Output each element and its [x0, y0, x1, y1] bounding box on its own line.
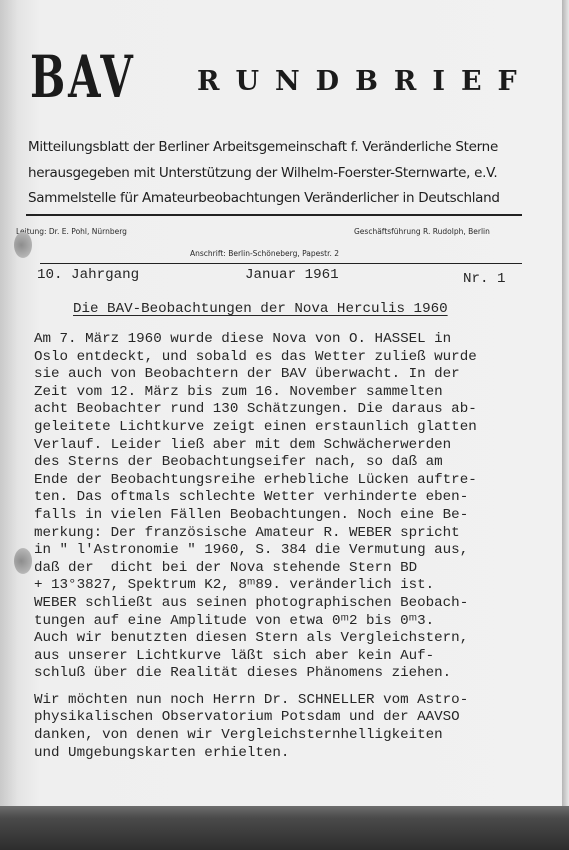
text-line: Verlauf. Leider ließ aber mit dem Schwäc…: [34, 437, 477, 455]
article-paragraph-1: Am 7. März 1960 wurde diese Nova von O. …: [34, 331, 477, 683]
article-body: Am 7. März 1960 wurde diese Nova von O. …: [34, 331, 477, 762]
text-line: WEBER schließt aus seinen photographisch…: [34, 595, 477, 613]
masthead-subline-3: Sammelstelle für Amateurbeobachtungen Ve…: [28, 190, 500, 206]
text-line: tungen auf eine Amplitude von etwa 0ᵐ2 b…: [34, 613, 477, 631]
article-paragraph-2: Wir möchten nun noch Herrn Dr. SCHNELLER…: [34, 692, 477, 762]
text-line: Auch wir benutzten diesen Stern als Verg…: [34, 630, 477, 648]
text-line: ten. Das oftmals schlechte Wetter verhin…: [34, 489, 477, 507]
text-line: merkung: Der französische Amateur R. WEB…: [34, 525, 477, 543]
text-line: physikalischen Observatorium Potsdam und…: [34, 709, 477, 727]
punch-hole: [14, 232, 32, 258]
text-line: sie auch von Beobachtern der BAV überwac…: [34, 366, 477, 384]
imprint-leitung: Leitung: Dr. E. Pohl, Nürnberg: [16, 227, 127, 236]
text-line: und Umgebungskarten erhielten.: [34, 745, 477, 763]
issue-jahrgang: 10. Jahrgang: [37, 267, 139, 283]
text-line: + 13°3827, Spektrum K2, 8ᵐ89. veränderli…: [34, 577, 477, 595]
text-line: Oslo entdeckt, und sobald es das Wetter …: [34, 349, 477, 367]
masthead-title: RUNDBRIEF: [197, 68, 533, 95]
masthead-subline-2: herausgegeben mit Unterstützung der Wilh…: [28, 165, 497, 181]
text-line: danken, von denen wir Vergleichsternhell…: [34, 727, 477, 745]
text-line: falls in vielen Fällen Beobachtungen. No…: [34, 507, 477, 525]
text-line: daß der dicht bei der Nova stehende Ster…: [34, 560, 477, 578]
issue-date: Januar 1961: [245, 267, 339, 283]
document-page: BAV RUNDBRIEF Mitteilungsblatt der Berli…: [0, 0, 563, 808]
issue-number: Nr. 1: [463, 271, 506, 287]
scan-background: [0, 806, 569, 850]
masthead-subline-1: Mitteilungsblatt der Berliner Arbeitsgem…: [28, 139, 498, 155]
text-line: acht Beobachter rund 130 Schätzungen. Di…: [34, 401, 477, 419]
text-line: Ende der Beobachtungsreihe erhebliche Lü…: [34, 472, 477, 490]
text-line: in " l'Astronomie " 1960, S. 384 die Ver…: [34, 542, 477, 560]
imprint-rule: [40, 263, 522, 264]
text-line: Wir möchten nun noch Herrn Dr. SCHNELLER…: [34, 692, 477, 710]
text-line: aus unserer Lichtkurve läßt sich aber ke…: [34, 648, 477, 666]
text-line: des Sterns der Beobachtungseifer nach, s…: [34, 454, 477, 472]
text-line: Zeit vom 12. März bis zum 16. November s…: [34, 384, 477, 402]
text-line: geleitete Lichtkurve zeigt einen erstaun…: [34, 419, 477, 437]
imprint-anschrift: Anschrift: Berlin-Schöneberg, Papestr. 2: [190, 249, 339, 258]
imprint-geschaeftsfuehrung: Geschäftsführung R. Rudolph, Berlin: [354, 227, 490, 236]
masthead-rule: [26, 214, 522, 216]
paragraph-gap: [34, 683, 477, 692]
page-edge: [562, 0, 569, 808]
masthead-logo: BAV: [30, 48, 136, 106]
text-line: schluß über die Realität dieses Phänomen…: [34, 665, 477, 683]
punch-hole: [14, 548, 32, 574]
text-line: Am 7. März 1960 wurde diese Nova von O. …: [34, 331, 477, 349]
article-title: Die BAV-Beobachtungen der Nova Herculis …: [73, 301, 448, 317]
